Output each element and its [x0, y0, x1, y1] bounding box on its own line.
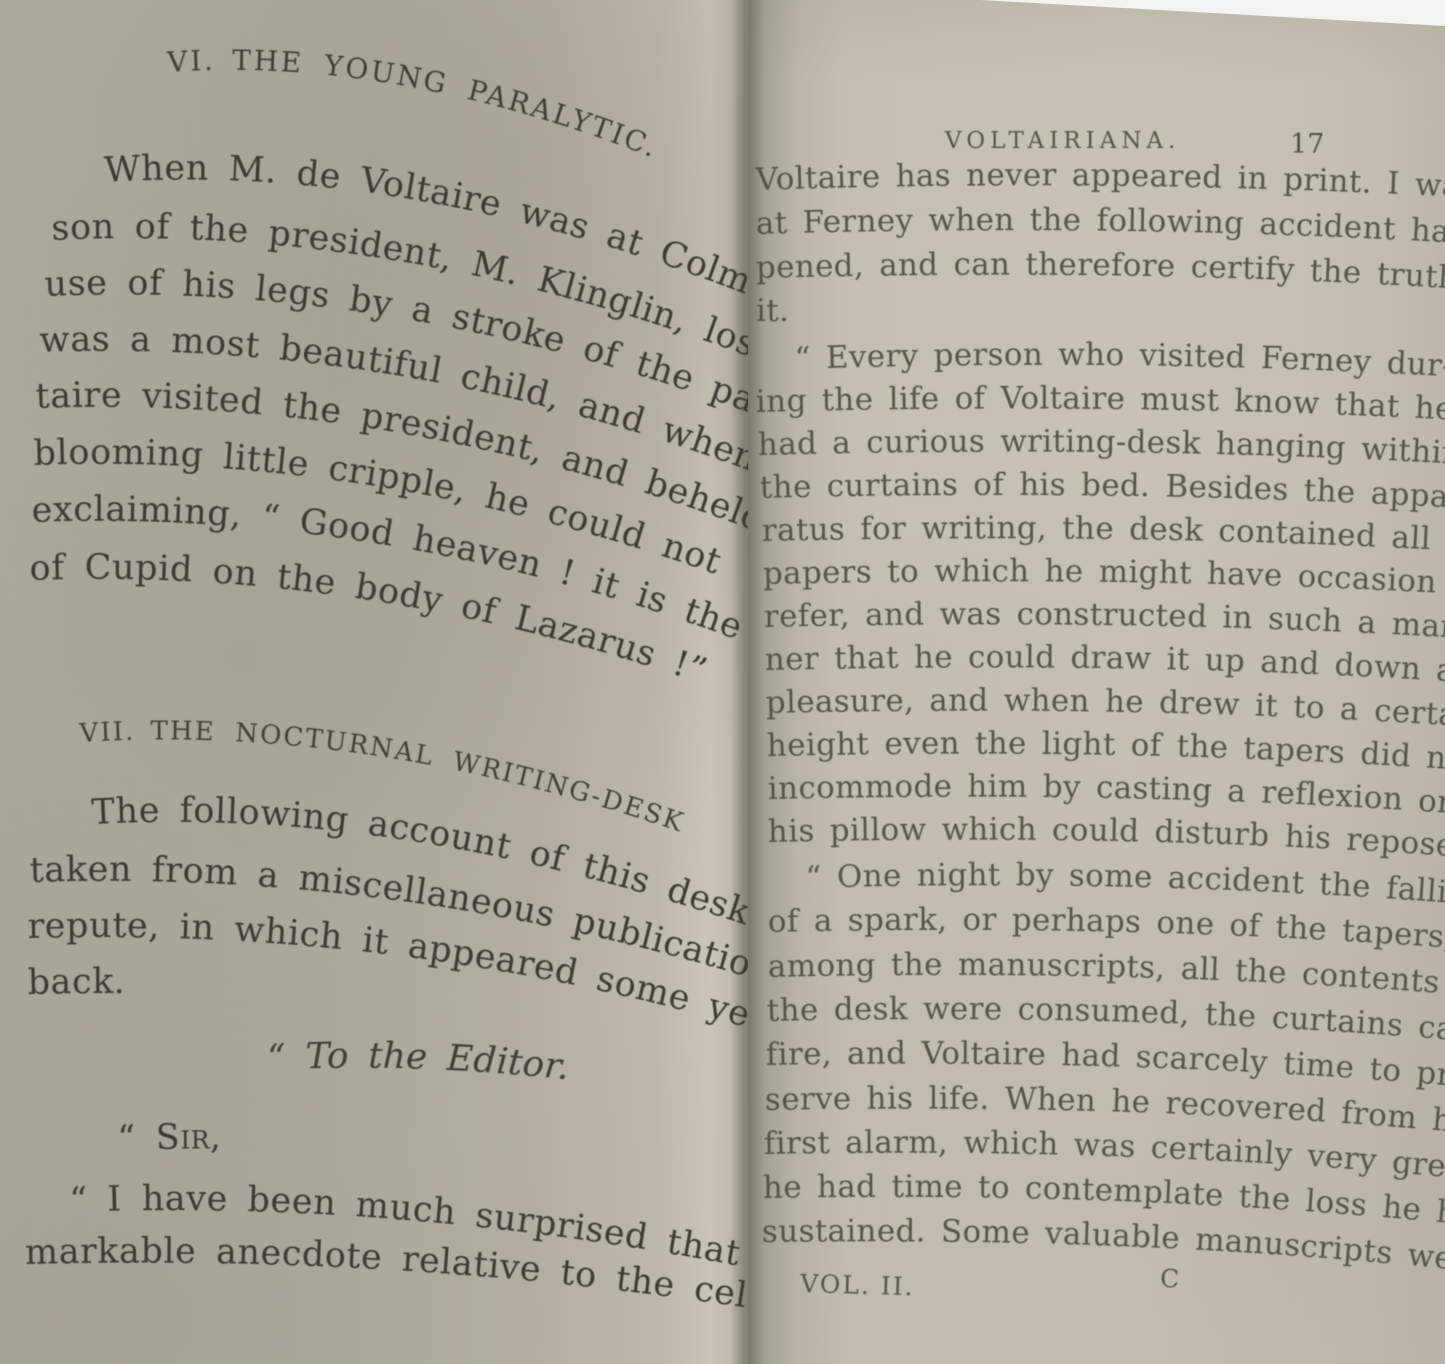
text-line: at Ferney when the following accident ha… — [755, 202, 1445, 252]
text-line: sustained. Some valuable manuscripts wer… — [762, 1213, 1445, 1280]
text-line: pened, and can therefore certify the tru… — [0, 0, 1445, 297]
text-line: his pillow which could disturb his repos… — [767, 812, 1445, 865]
text-line: ner that he could draw it up and down at — [764, 639, 1445, 690]
text-line: ing the life of Voltaire must know that … — [755, 381, 1445, 428]
page-number: 17 — [1290, 129, 1324, 160]
running-head: VOLTAIRIANA. — [944, 128, 1180, 154]
text-line: it. — [756, 293, 789, 329]
book-photo: VI. THE YOUNG PARALYTIC. When M. de Volt… — [0, 0, 1445, 1364]
text-line: had a curious writing-desk hanging withi… — [757, 424, 1445, 472]
signature-mark: C — [1160, 1264, 1182, 1293]
right-page-text: VOLTAIRIANA. 17 Voltaire has never appea… — [0, 0, 1445, 1364]
text-line: refer, and was constructed in such a man… — [763, 596, 1445, 646]
text-line: papers to which he might have occasion t… — [762, 553, 1445, 603]
text-line: the curtains of his bed. Besides the app… — [759, 467, 1445, 516]
text-line: Voltaire has never appeared in print. I … — [754, 157, 1445, 205]
volume-label: VOL. II. — [799, 1269, 915, 1301]
text-line: “ Every person who visited Ferney dur- — [794, 337, 1445, 385]
